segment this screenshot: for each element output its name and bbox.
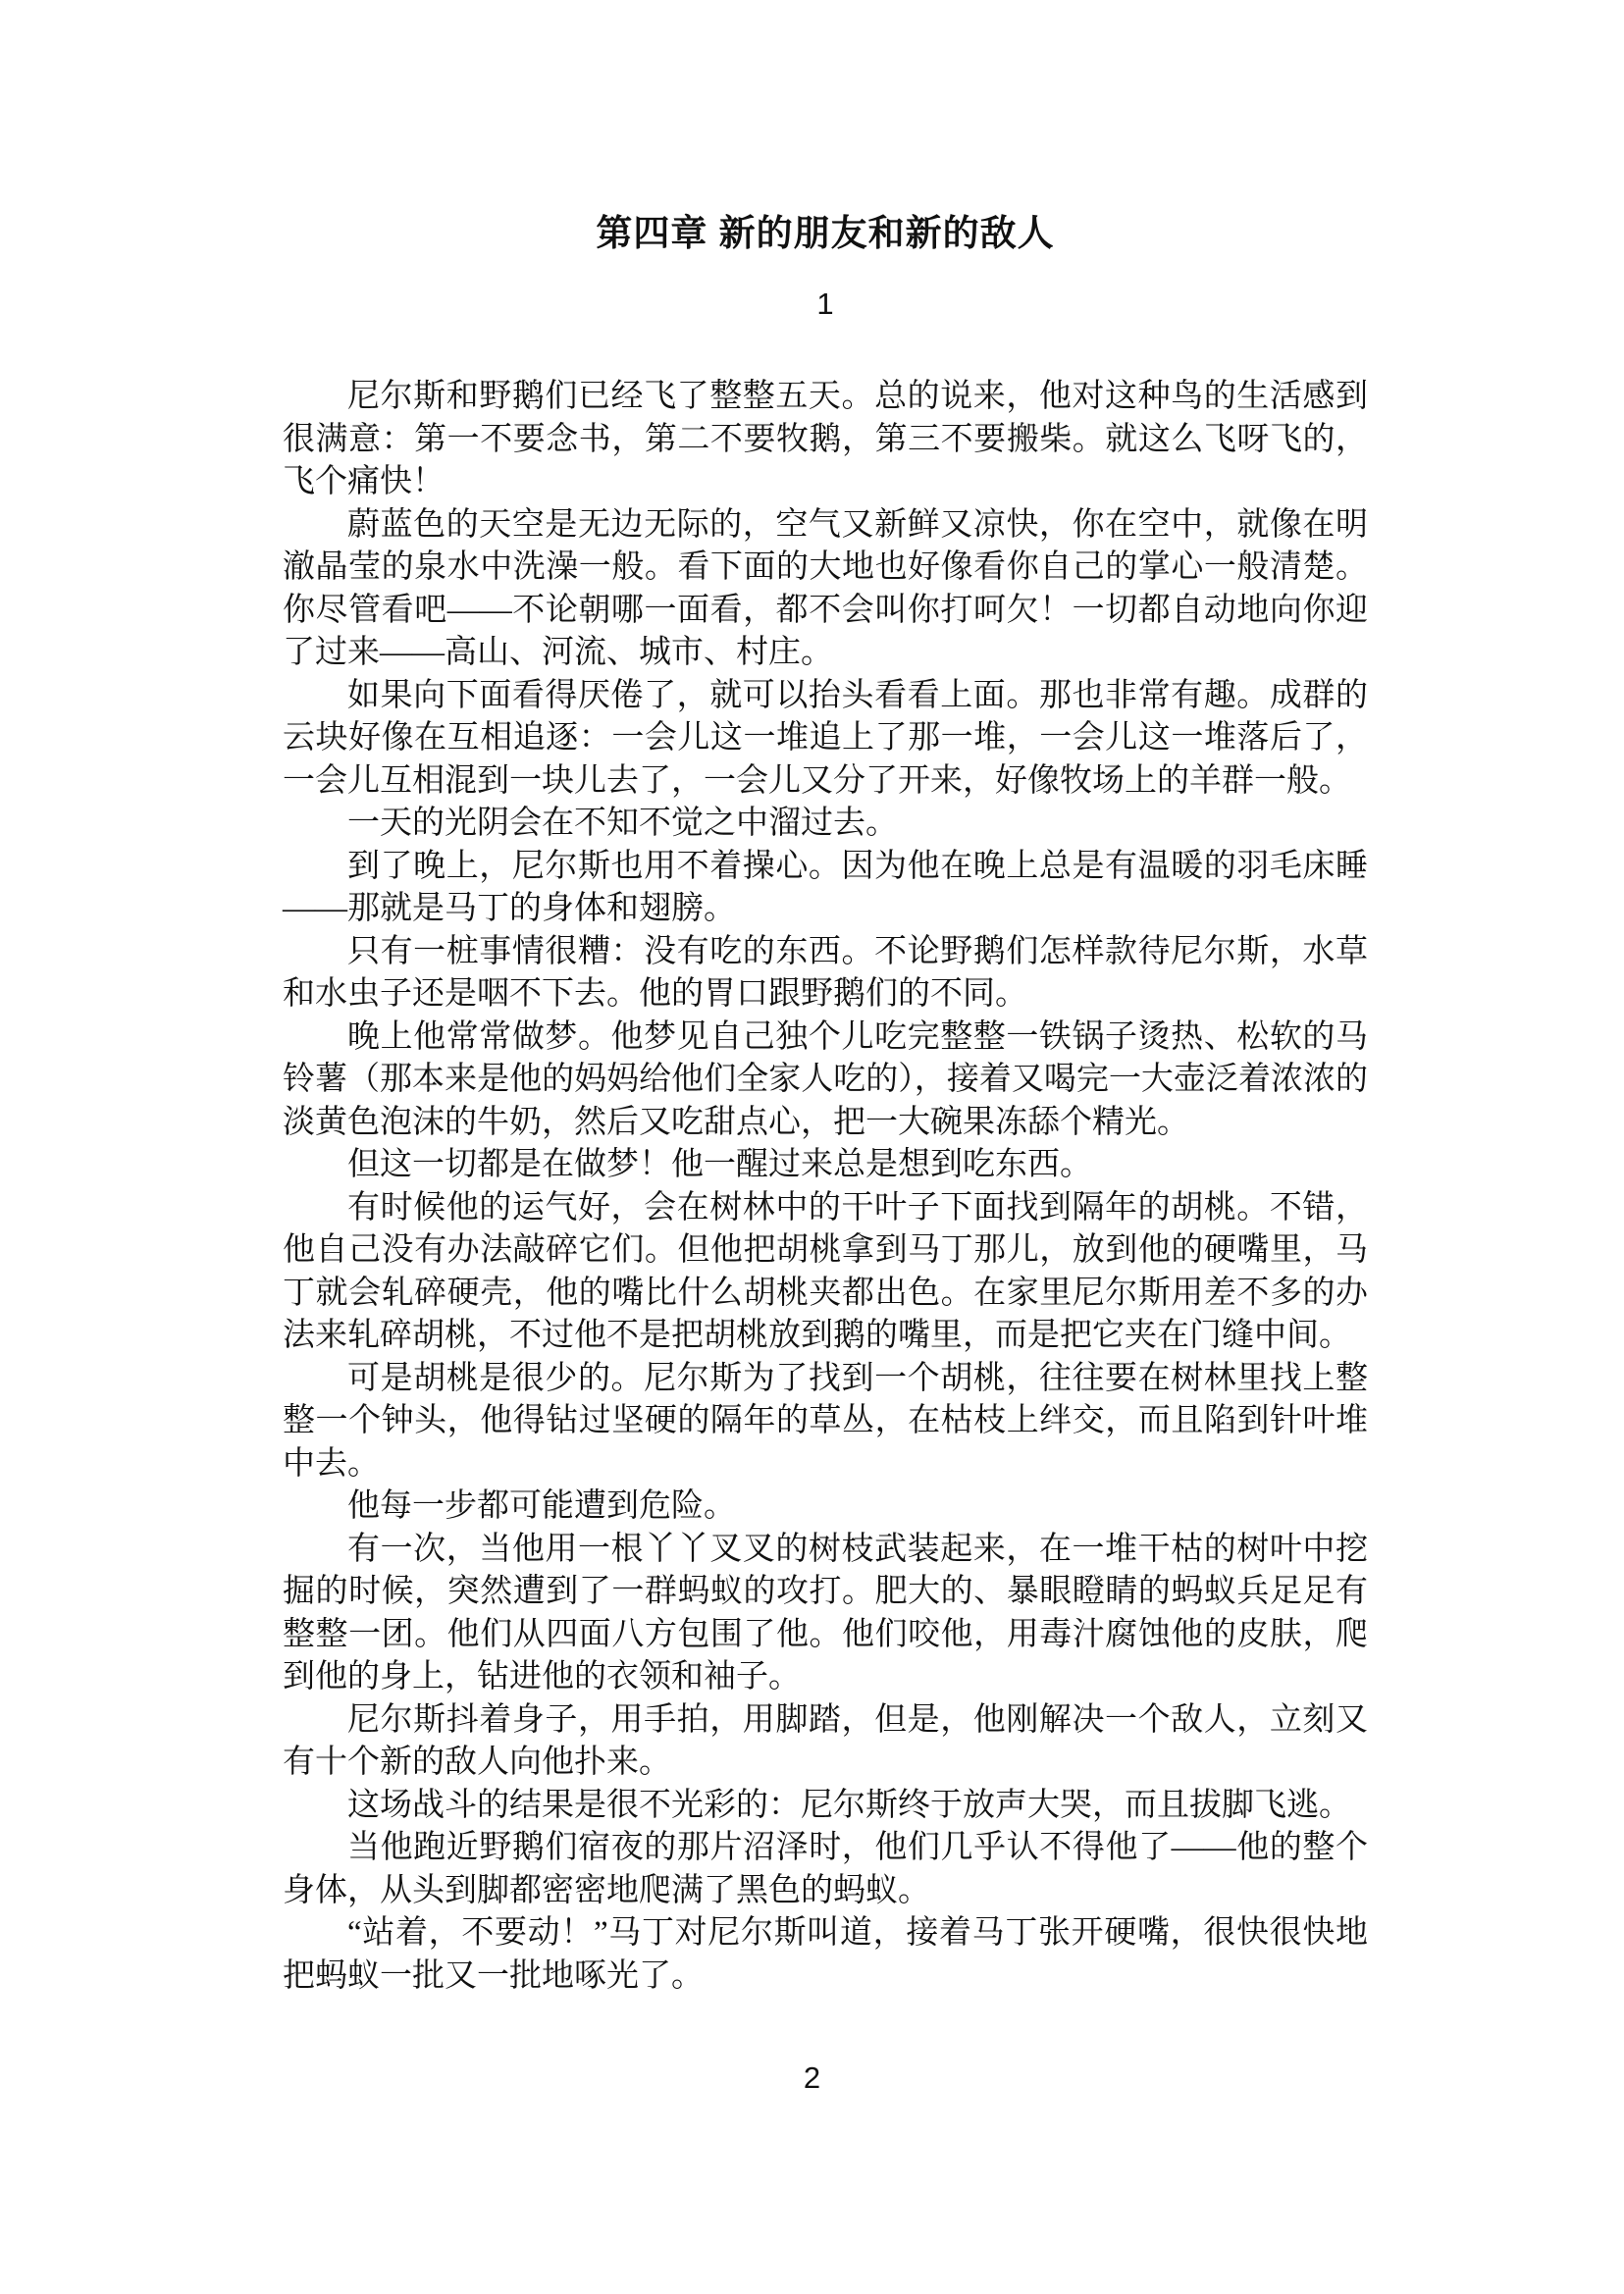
paragraph: 他每一步都可能遭到危险。 xyxy=(283,1486,1368,1529)
paragraph: “站着，不要动！”马丁对尼尔斯叫道，接着马丁张开硬嘴，很快很快地把蚂蚁一批又一批… xyxy=(283,1912,1368,1998)
chapter-title: 第四章 新的朋友和新的敌人 xyxy=(283,214,1368,253)
text-column: 第四章 新的朋友和新的敌人 1 尼尔斯和野鹅们已经飞了整整五天。总的说来，他对这… xyxy=(283,0,1368,1998)
paragraph: 如果向下面看得厌倦了，就可以抬头看看上面。那也非常有趣。成群的云块好像在互相追逐… xyxy=(283,675,1368,804)
section-number: 1 xyxy=(283,288,1368,319)
paragraph: 当他跑近野鹅们宿夜的那片沼泽时，他们几乎认不得他了——他的整个身体，从头到脚都密… xyxy=(283,1827,1368,1912)
paragraph: 尼尔斯和野鹅们已经飞了整整五天。总的说来，他对这种鸟的生活感到很满意：第一不要念… xyxy=(283,376,1368,504)
paragraph: 一天的光阴会在不知不觉之中溜过去。 xyxy=(283,803,1368,846)
paragraph: 蔚蓝色的天空是无边无际的，空气又新鲜又凉快，你在空中，就像在明澈晶莹的泉水中洗澡… xyxy=(283,504,1368,675)
paragraph: 晚上他常常做梦。他梦见自己独个儿吃完整整一铁锅子烫热、松软的马铃薯（那本来是他的… xyxy=(283,1017,1368,1145)
paragraph: 可是胡桃是很少的。尼尔斯为了找到一个胡桃，往往要在树林里找上整整一个钟头，他得钻… xyxy=(283,1358,1368,1486)
paragraph: 有一次，当他用一根丫丫叉叉的树枝武装起来，在一堆干枯的树叶中挖掘的时候，突然遭到… xyxy=(283,1529,1368,1699)
paragraph: 只有一桩事情很糟：没有吃的东西。不论野鹅们怎样款待尼尔斯，水草和水虫子还是咽不下… xyxy=(283,931,1368,1017)
page-number: 2 xyxy=(0,2062,1624,2093)
paragraph: 有时候他的运气好，会在树林中的干叶子下面找到隔年的胡桃。不错，他自己没有办法敲碎… xyxy=(283,1187,1368,1358)
paragraph: 到了晚上，尼尔斯也用不着操心。因为他在晚上总是有温暖的羽毛床睡——那就是马丁的身… xyxy=(283,846,1368,931)
paragraph: 但这一切都是在做梦！他一醒过来总是想到吃东西。 xyxy=(283,1144,1368,1187)
paragraph: 尼尔斯抖着身子，用手拍，用脚踏，但是，他刚解决一个敌人，立刻又有十个新的敌人向他… xyxy=(283,1699,1368,1785)
body-text: 尼尔斯和野鹅们已经飞了整整五天。总的说来，他对这种鸟的生活感到很满意：第一不要念… xyxy=(283,376,1368,1998)
document-page: 第四章 新的朋友和新的敌人 1 尼尔斯和野鹅们已经飞了整整五天。总的说来，他对这… xyxy=(0,0,1624,2294)
paragraph: 这场战斗的结果是很不光彩的：尼尔斯终于放声大哭，而且拔脚飞逃。 xyxy=(283,1785,1368,1828)
